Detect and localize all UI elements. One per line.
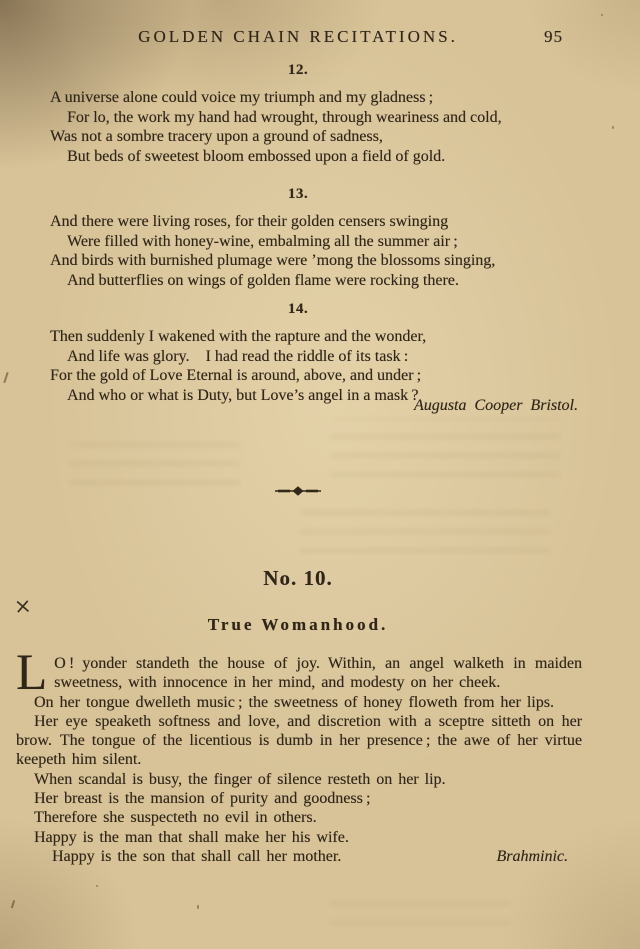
paragraph: On her tongue dwelleth music ; the sweet… — [16, 693, 582, 712]
recitation-number-heading: No. 10. — [18, 566, 578, 591]
poem-attribution: Augusta Cooper Bristol. — [18, 397, 584, 415]
paragraph-text: Happy is the son that shall call her mot… — [16, 847, 341, 866]
verse-line: A universe alone could voice my triumph … — [18, 88, 578, 108]
paragraph: Her breast is the mansion of purity and … — [16, 789, 582, 808]
verse-line: And life was glory. I had read the riddl… — [18, 347, 578, 367]
paragraph: Therefore she suspecteth no evil in othe… — [16, 808, 582, 827]
stanza-number: 12. — [18, 61, 578, 79]
running-head-title: GOLDEN CHAIN RECITATIONS. — [18, 27, 578, 47]
page-showthrough — [330, 418, 560, 482]
paragraph: Happy is the man that shall make her his… — [16, 828, 582, 847]
page-mark — [3, 372, 8, 383]
paragraph: LO ! yonder standeth the house of joy. W… — [16, 654, 582, 693]
diamond-rule-divider-icon — [18, 482, 578, 500]
verse-line: Was not a sombre tracery upon a ground o… — [18, 127, 578, 147]
stanza-13: 13. And there were living roses, for the… — [18, 185, 578, 290]
recitation-attribution: Brahminic. — [478, 847, 582, 866]
verse-line: For the gold of Love Eternal is around, … — [18, 366, 578, 386]
verse-line: Then suddenly I wakened with the rapture… — [18, 327, 578, 347]
drop-cap: L — [16, 654, 54, 692]
paragraph: Happy is the son that shall call her mot… — [16, 847, 582, 866]
verse-line: But beds of sweetest bloom embossed upon… — [18, 147, 578, 167]
paragraph: When scandal is busy, the finger of sile… — [16, 770, 582, 789]
page-mark — [11, 900, 15, 908]
stanza-14: 14. Then suddenly I wakened with the rap… — [18, 300, 578, 405]
page-showthrough — [330, 900, 510, 930]
page-number: 95 — [544, 27, 578, 47]
scanned-book-page: { "header": { "title": "GOLDEN CHAIN REC… — [0, 0, 640, 949]
stanza-number: 14. — [18, 300, 578, 318]
recitation-title: True Womanhood. — [18, 615, 578, 635]
stanza-12: 12. A universe alone could voice my triu… — [18, 61, 578, 166]
verse-line: Were filled with honey-wine, embalming a… — [18, 232, 578, 252]
paragraph: Her eye speaketh softness and love, and … — [16, 712, 582, 770]
paragraph-text: O ! yonder standeth the house of joy. Wi… — [54, 655, 582, 691]
verse-line: And birds with burnished plumage were ’m… — [18, 251, 578, 271]
stanza-number: 13. — [18, 185, 578, 203]
verse-line: For lo, the work my hand had wrought, th… — [18, 108, 578, 128]
verse-line: And there were living roses, for their g… — [18, 212, 578, 232]
verse-line: And butterflies on wings of golden flame… — [18, 271, 578, 291]
page-showthrough — [300, 500, 550, 558]
recitation-body: LO ! yonder standeth the house of joy. W… — [16, 654, 582, 866]
